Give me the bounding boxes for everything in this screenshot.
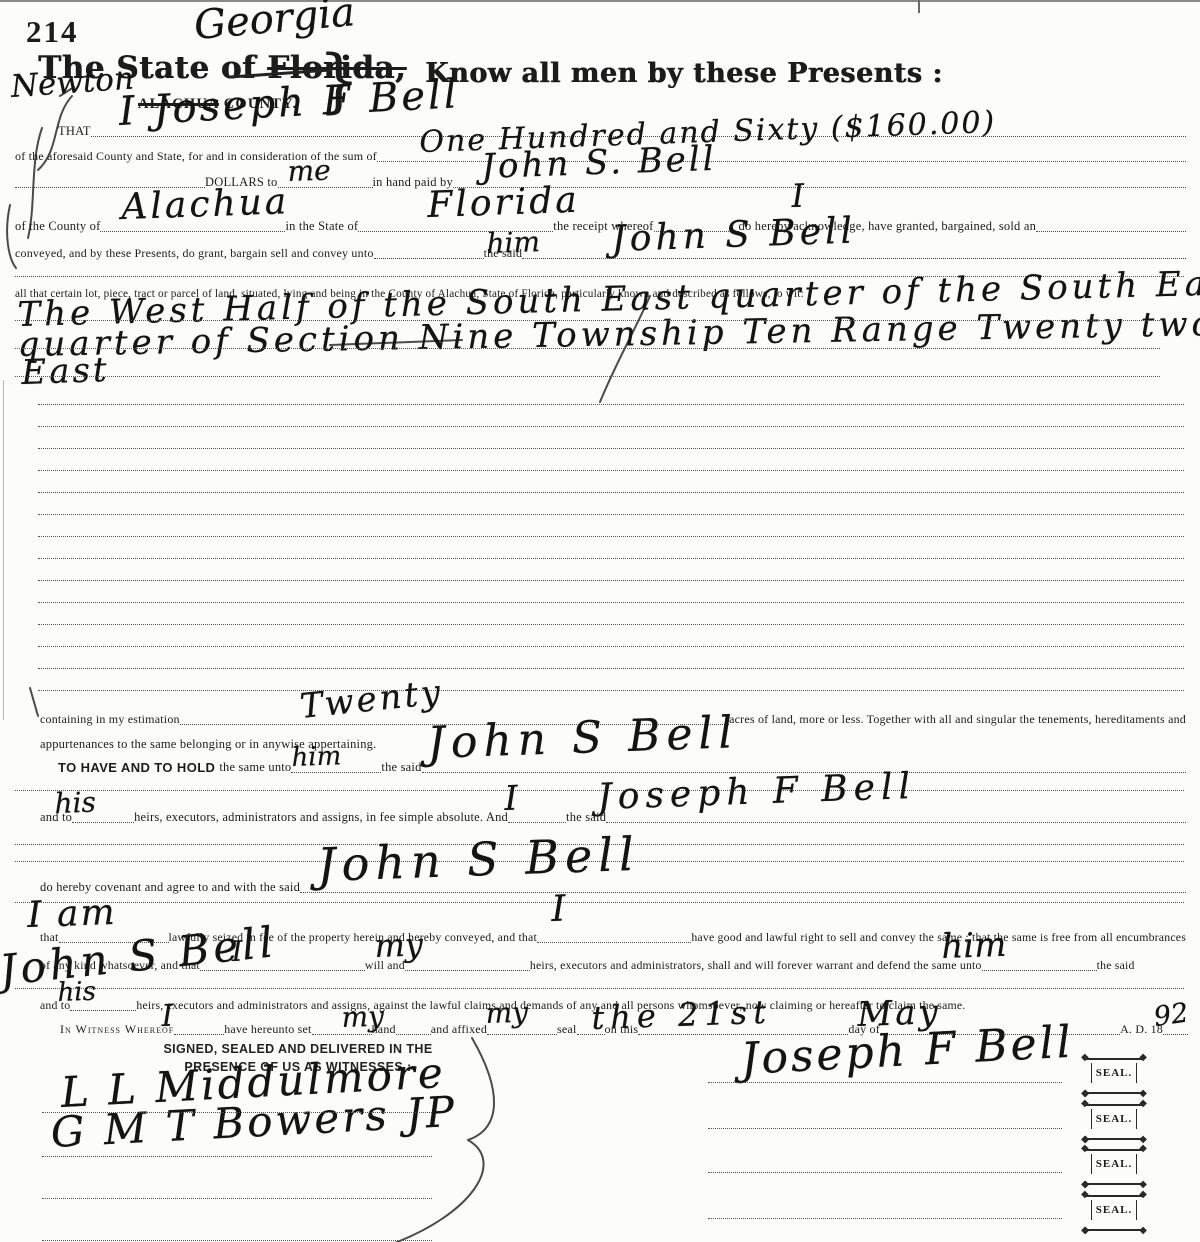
seal-label: SEAL. — [1091, 1154, 1137, 1174]
blank-rule — [38, 690, 1184, 691]
seal-stamp: ◆◆ SEAL. ◆◆ — [1086, 1104, 1142, 1140]
witness-signature-rule — [42, 1240, 432, 1241]
deed-page: 214 Georgia The State of Florida, } Newt… — [0, 0, 1200, 1242]
handwritten-his-1: his — [54, 789, 96, 818]
handwritten-county: Alachua — [121, 184, 290, 226]
blank-rule — [38, 404, 1184, 405]
witness-signature-rule — [42, 1112, 432, 1113]
handwritten-to-me: me — [287, 157, 331, 186]
handwritten-grantee: John S Bell — [611, 213, 857, 258]
blank-rule — [38, 668, 1184, 669]
blank-rule — [38, 470, 1184, 471]
witness-signature-rule — [42, 1198, 432, 1199]
the-said-label-4: the said — [1097, 958, 1135, 974]
handwritten-hold-grantee: John S Bell — [426, 711, 739, 766]
blank-rule — [15, 348, 1160, 349]
in-state-label: in the State of — [285, 219, 358, 235]
hereunto-label: have hereunto set — [224, 1022, 311, 1038]
containing-label: containing in my estimation — [40, 712, 180, 728]
acres-label: acres of land, more or less. Together wi… — [729, 712, 1186, 728]
that-label: THAT — [58, 124, 91, 140]
page-number: 214 — [26, 14, 79, 50]
handwritten-covenantor: Joseph F Bell — [597, 769, 917, 816]
scan-edge-left — [3, 380, 4, 720]
blank-rule — [38, 426, 1184, 427]
seal-ornament-icon: ◆ — [1081, 1099, 1089, 1109]
claims-label: heirs, executors and administrators and … — [136, 998, 965, 1014]
seal-stamp: ◆◆ SEAL. ◆◆ — [1086, 1149, 1142, 1185]
blank-rule — [15, 902, 1184, 903]
seal-ornament-icon: ◆ — [1081, 1226, 1089, 1236]
scan-mark — [918, 0, 920, 13]
seal-ornament-icon: ◆ — [1081, 1190, 1089, 1200]
blank-rule — [38, 514, 1184, 515]
seal-ornament-icon: ◆ — [1081, 1053, 1089, 1063]
seal-ornament-icon: ◆ — [1139, 1190, 1147, 1200]
seal-stamp: ◆◆ SEAL. ◆◆ — [1086, 1058, 1142, 1094]
blank-rule — [15, 988, 1184, 989]
handwritten-day: the 21st — [591, 996, 773, 1034]
seal-stamp: ◆◆ SEAL. ◆◆ — [1086, 1195, 1142, 1231]
seal-signature-rule — [708, 1218, 1062, 1219]
blank-rule — [38, 558, 1184, 559]
blank-rule — [38, 602, 1184, 603]
seal-label: SEAL. — [1091, 1200, 1137, 1220]
same-unto-label: the same unto — [215, 760, 291, 776]
blank-rule — [15, 376, 1160, 377]
witness-signature-rule — [42, 1156, 432, 1157]
proclamation: Know all men by these Presents : — [425, 58, 943, 89]
to-have-line: TO HAVE AND TO HOLDthe same untothe said — [58, 760, 1186, 776]
scan-edge-top — [0, 0, 1200, 2]
handwritten-witness-i: I — [161, 1002, 174, 1032]
seal-label: SEAL. — [1091, 1063, 1137, 1083]
seal-signature-rule — [708, 1128, 1062, 1129]
blank-rule — [38, 580, 1184, 581]
seal-ornament-icon: ◆ — [1139, 1226, 1147, 1236]
handwritten-hold-him: him — [291, 743, 342, 771]
handwritten-his-2: his — [57, 979, 96, 1006]
handwritten-right-i: I — [551, 892, 566, 928]
seal-label: SEAL. — [1091, 1109, 1137, 1129]
handwritten-i-am: I am — [27, 895, 117, 934]
blank-rule — [38, 536, 1184, 537]
handwritten-my-1: my — [374, 928, 424, 962]
seal-word-label: seal — [557, 1022, 576, 1038]
blank-rule — [38, 492, 1184, 493]
seal-signature-rule — [708, 1082, 1062, 1083]
handwritten-year: 92 — [1152, 999, 1190, 1031]
the-said-label-2: the said — [381, 760, 421, 776]
handwritten-description-3: East — [21, 353, 110, 390]
handwritten-unto-him: him — [486, 228, 540, 258]
county-of-label: of the County of — [15, 219, 100, 235]
affixed-label: and affixed — [431, 1022, 487, 1038]
blank-rule — [38, 448, 1184, 449]
handwritten-receipt-pronoun: I — [791, 180, 805, 212]
covenant-line: do hereby covenant and agree to and with… — [40, 880, 1186, 896]
seal-ornament-icon: ◆ — [1081, 1144, 1089, 1154]
warrant-label: heirs, executors and administrators, sha… — [530, 958, 982, 974]
seal-ornament-icon: ◆ — [1139, 1053, 1147, 1063]
handwritten-county-correction: Newton — [10, 63, 135, 103]
to-have-label: TO HAVE AND TO HOLD — [58, 760, 215, 776]
handwritten-my-seal: my — [485, 999, 528, 1028]
handwritten-my-hand: my — [341, 1003, 384, 1032]
seal-ornament-icon: ◆ — [1139, 1144, 1147, 1154]
handwritten-paid-by: John S. Bell — [481, 142, 717, 184]
conveyed-line: conveyed, and by these Presents, do gran… — [15, 246, 1186, 262]
blank-rule — [15, 320, 1160, 321]
witness-whereof-label: In Witness Whereof — [60, 1022, 174, 1038]
right-label: have good and lawful right to sell and c… — [691, 930, 1186, 946]
handwritten-and-i: I — [504, 782, 519, 816]
seal-signature-rule — [708, 1172, 1062, 1173]
blank-rule — [38, 624, 1184, 625]
seal-ornament-icon: ◆ — [1139, 1099, 1147, 1109]
blank-rule — [38, 646, 1184, 647]
conveyed-label: conveyed, and by these Presents, do gran… — [15, 246, 374, 262]
handwritten-state: Florida — [427, 183, 581, 224]
handwritten-defend-him: him — [941, 928, 1007, 964]
handwritten-covenant-grantee: John S Bell — [316, 831, 640, 888]
fee-simple-label: heirs, executors, administrators and ass… — [134, 810, 508, 826]
